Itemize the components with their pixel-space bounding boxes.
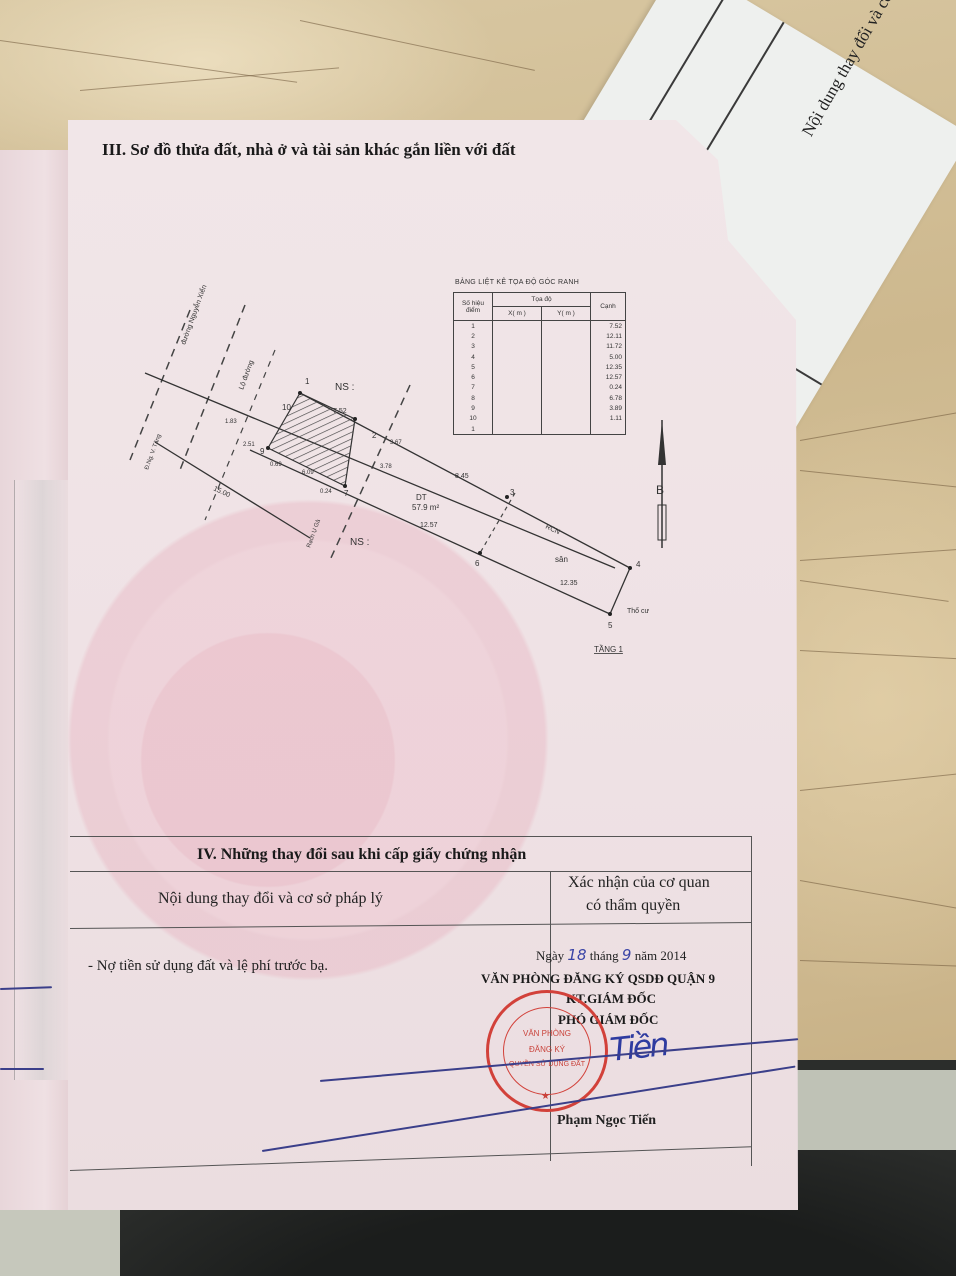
date-line: Ngày 18 tháng 9 năm 2014 [536,946,686,964]
point-5: 5 [608,621,613,630]
section4-title: IV. Những thay đổi sau khi cấp giấy chứn… [197,846,526,864]
floor-label: TẦNG 1 [594,644,623,654]
pen-stroke [0,1068,44,1070]
handwritten-signature: Tiền [608,1025,668,1069]
area-value: 57.9 m² [412,503,439,512]
neighbor-label-north: NS : [335,382,354,393]
section4-col1-header: Nội dung thay đổi và cơ sở pháp lý [158,890,383,908]
point-2: 2 [372,431,377,440]
dim-378: 3.78 [380,464,392,470]
dim-069: 0.69 [270,462,282,468]
street-label: đường Nguyễn Xiển [178,283,208,345]
street-label: Lộ đường [238,359,255,390]
section4-col2-header-line2: có thẩm quyền [586,897,680,915]
area-label: DT [416,493,427,502]
dim-1: 7.52 [333,408,347,415]
dim-024: 0.24 [320,489,332,495]
point-9: 9 [260,447,265,456]
point-1: 1 [305,377,310,386]
dim-5: 12.35 [560,580,578,587]
point-10: 10 [282,403,291,412]
date-month: 9 [622,946,632,964]
dim-609: 6.09 [302,470,314,476]
street-label: Rạch Ụ Gà [306,518,322,549]
dim-367: 3.67 [390,440,402,446]
dim-2: 8.45 [455,473,469,480]
zone-rcn: RCN [544,523,561,536]
floor-tile [780,1070,956,1150]
section4-col2-header-line1: Xác nhận của cơ quan [568,874,710,892]
dim-251: 2.51 [243,442,255,448]
neighbor-label-south: NS : [350,537,369,548]
street-label: Đ.Ng. V. Tăng [144,434,162,471]
section4-entry: - Nợ tiền sử dụng đất và lệ phí trước bạ… [88,958,328,975]
office-name: VĂN PHÒNG ĐĂNG KÝ QSDĐ QUẬN 9 [481,971,715,987]
date-day: 18 [567,946,586,964]
north-arrow-label: B [656,483,664,497]
zone-residential: Thổ cư [627,607,650,615]
point-6: 6 [475,559,480,568]
plot-diagram: NS : NS : DT 57.9 m² sân Thổ cư TẦNG 1 1… [0,0,956,700]
point-7: 7 [344,489,349,498]
zone-yard: sân [555,555,568,564]
star-icon: ★ [541,1091,550,1102]
point-3: 3 [510,488,515,497]
dim-183: 1.83 [225,419,237,425]
signer-name: Phạm Ngọc Tiến [557,1113,656,1129]
dim-6: 12.57 [420,522,438,529]
red-official-stamp: VĂN PHÒNG ĐĂNG KÝ QUYỀN SỬ DỤNG ĐẤT ★ [486,990,608,1112]
point-4: 4 [636,560,641,569]
